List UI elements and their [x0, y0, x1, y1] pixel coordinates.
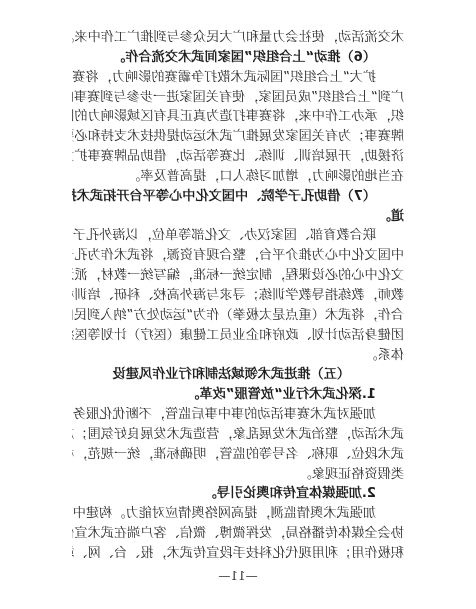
body-line: 文化中心的必设课程，制定统一标准，编写统一教材，派遣专业 — [72, 266, 404, 286]
body-line: 济援助，开展培训、训练、比赛等活动，借助品牌赛事扩大武术 — [72, 147, 404, 167]
paragraph-first-line: 加强武术舆情监测，提高网络舆情应对能力。构建中国武术 — [72, 504, 404, 524]
subsection-heading: （6）推动“上合组织”国家间武术交流合作。 — [72, 48, 404, 68]
page-number: —11— — [0, 569, 476, 583]
document-body: 术交流活动，使社会力量和广大民众参与到推广工作中来。 （6）推动“上合组织”国家… — [72, 28, 404, 564]
subsection-heading-end: 道。 — [72, 207, 404, 227]
body-line: 广到“上合组织”成员国家，使有关国家进一步参与到赛事的组 — [72, 88, 404, 108]
body-line: 术交流活动，使社会力量和广大民众参与到推广工作中来。 — [72, 28, 404, 48]
section-heading: （五）推进武术领域法制和行业作风建设 — [72, 365, 404, 385]
body-line: 武术活动，整治武术发展乱象，营造武术发展良好氛围；加强对 — [72, 425, 404, 445]
body-line: 武术段位、职称、名号等的监管，明确标准，统一规范，杜绝各 — [72, 445, 404, 465]
body-line: 积极作用；利用现代化科技手段宣传武术，报、台、网、端等新 — [72, 544, 404, 564]
body-line: 中国文化中心为推介平台，整合现有资源，将武术作为孔子学院、 — [72, 246, 404, 266]
paragraph-first-line: 联合教育部、国家汉办、文化部等单位，以海外孔子学院和 — [72, 226, 404, 246]
body-line: 合作，将武术（重点是太极拳）作为“运动处方”纳入到民间社 — [72, 306, 404, 326]
body-line: 牌赛事；为有关国家发展推广武术运动提供技术支持和必要的经 — [72, 127, 404, 147]
body-line: 团健身活动计划、政府和企业员工健康（医疗）计划等医疗保健 — [72, 326, 404, 346]
body-line: 体系。 — [72, 346, 404, 366]
subsection-heading: 1.深化武术行业“放管服”改革。 — [72, 385, 404, 405]
body-line: 协会全媒体传播格局，发挥微博、微信、客户端在武术宣传中的 — [72, 524, 404, 544]
body-line: 教师，教练指导教学训练；寻求与海外高校、科研、培训机构的 — [72, 286, 404, 306]
paragraph-first-line: 扩大“上合组织”国际武术散打争霸赛的影响力，将赛事推 — [72, 68, 404, 88]
body-line: 织，承办工作中来，将赛事打造为真正具有区域影响力的国际品 — [72, 107, 404, 127]
paragraph-first-line: 加强对武术赛事活动的事中事后监管，不断优化服务；规范 — [72, 405, 404, 425]
subsection-heading: （7）借助孔子学院、中国文化中心等平台开拓武术推广渠 — [72, 187, 404, 207]
body-line: 在当地的影响力，增加习练人口，提高普及率。 — [72, 167, 404, 187]
subsection-heading: 2.加强媒体宣传和舆论引导。 — [72, 484, 404, 504]
document-page: 术交流活动，使社会力量和广大民众参与到推广工作中来。 （6）推动“上合组织”国家… — [0, 0, 476, 609]
body-line: 类假资格证现象。 — [72, 465, 404, 485]
